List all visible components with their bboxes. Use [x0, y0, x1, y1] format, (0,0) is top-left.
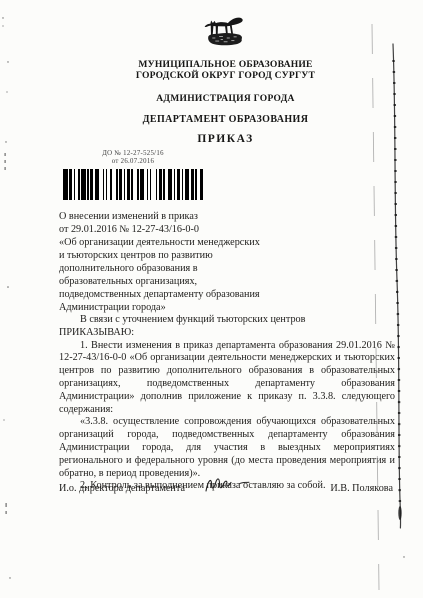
subject-block: О внесении изменений в приказ от 29.01.2… — [59, 210, 309, 314]
stamp-date: от 26.07.2016 — [63, 158, 203, 166]
signature-icon — [203, 474, 261, 498]
signatory-name: И.В. Полякова — [330, 483, 393, 494]
barcode — [63, 169, 203, 200]
surgut-fox-emblem-icon — [200, 14, 246, 46]
preamble: В связи с уточнением функций тьюторских … — [59, 314, 395, 340]
signatory-position: И.о. директора департамента — [59, 483, 185, 494]
document-type-title: ПРИКАЗ — [28, 133, 423, 145]
administration-line: АДМИНИСТРАЦИЯ ГОРОДА — [28, 94, 423, 104]
order-quote: «3.3.8. осуществление сопровождения обуч… — [59, 416, 395, 480]
registration-stamp: ДО № 12-27-525/16 от 26.07.2016 — [63, 150, 203, 200]
scanned-order-document: МУНИЦИПАЛЬНОЕ ОБРАЗОВАНИЕ ГОРОДСКОЙ ОКРУ… — [0, 0, 423, 598]
org-name-line2: ГОРОДСКОЙ ОКРУГ ГОРОД СУРГУТ — [28, 70, 423, 81]
org-name-line1: МУНИЦИПАЛЬНОЕ ОБРАЗОВАНИЕ — [28, 59, 423, 70]
scan-blot — [398, 506, 401, 520]
stamp-number: ДО № 12-27-525/16 — [63, 150, 203, 158]
order-body: В связи с уточнением функций тьюторских … — [59, 314, 395, 493]
order-item-1: 1. Внести изменения в приказ департамент… — [59, 340, 395, 417]
scan-fold-line — [372, 24, 379, 590]
department-line: ДЕПАРТАМЕНТ ОБРАЗОВАНИЯ — [28, 114, 423, 125]
